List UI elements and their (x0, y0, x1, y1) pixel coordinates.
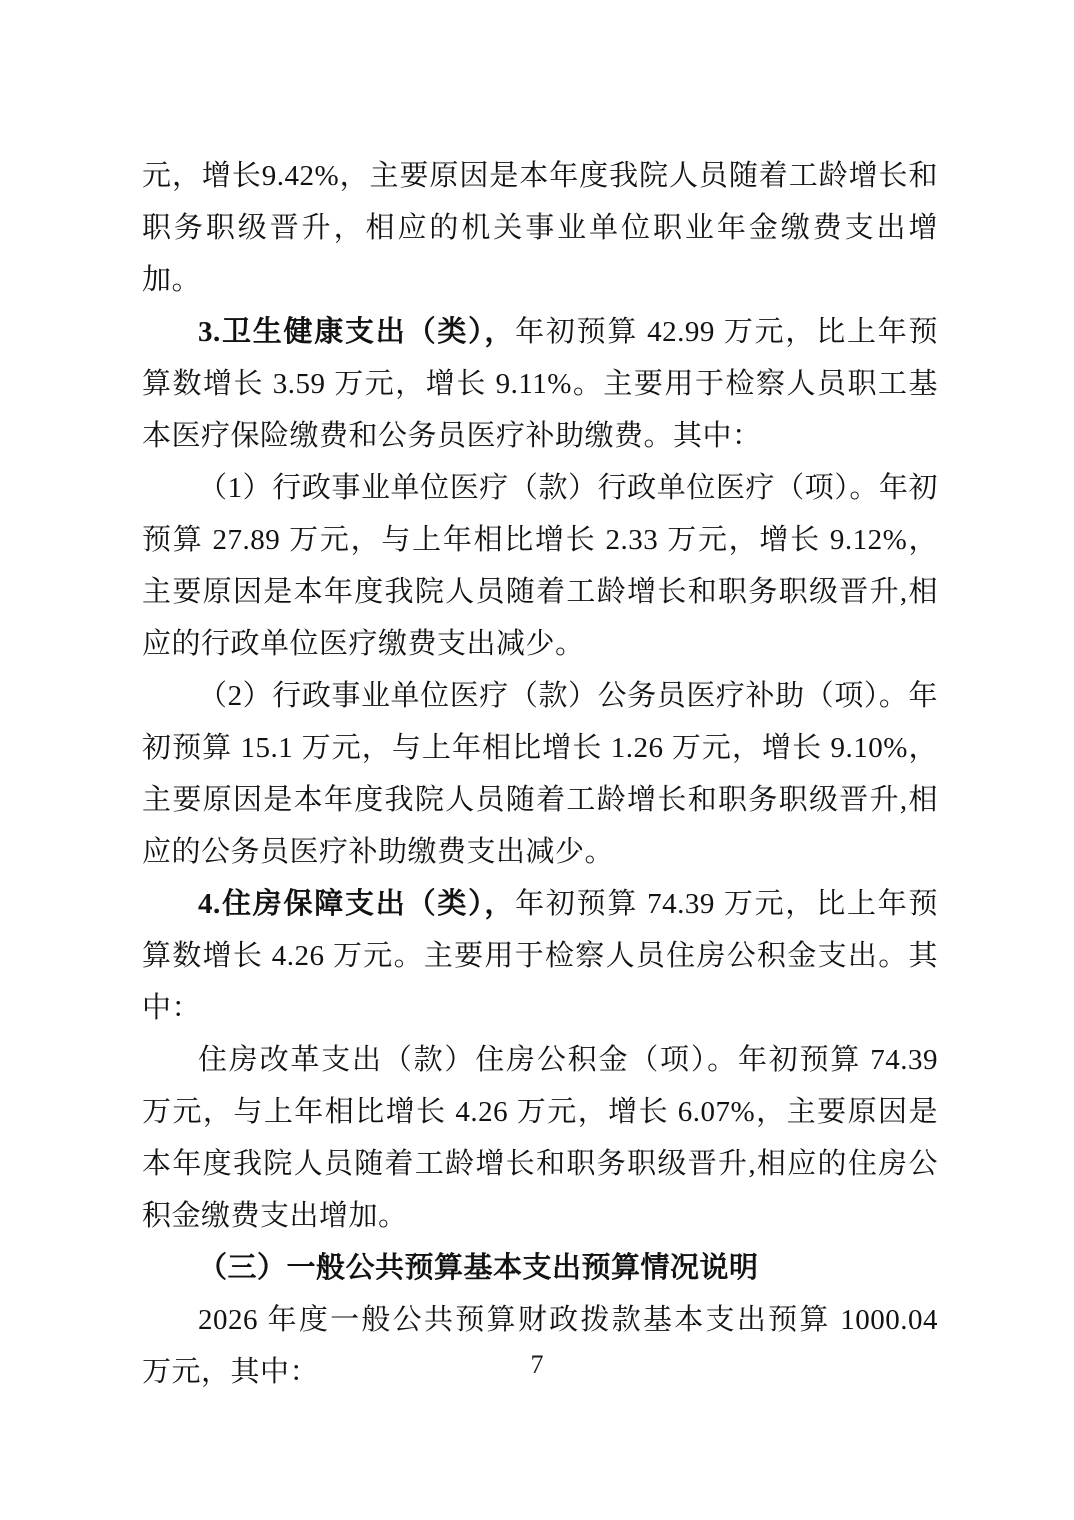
paragraph-text: （2）行政事业单位医疗（款）公务员医疗补助（项）。年初预算 15.1 万元，与上… (142, 680, 938, 868)
paragraph-item-4-housing-fund: 住房改革支出（款）住房公积金（项）。年初预算 74.39 万元，与上年相比增长 … (142, 1034, 938, 1242)
paragraph-item-4-housing: 4.住房保障支出（类），年初预算 74.39 万元，比上年预算数增长 4.26 … (142, 878, 938, 1034)
paragraph-text: 住房改革支出（款）住房公积金（项）。年初预算 74.39 万元，与上年相比增长 … (142, 1044, 938, 1232)
paragraph-text: 元，增长9.42%，主要原因是本年度我院人员随着工龄增长和职务职级晋升，相应的机… (142, 160, 938, 296)
paragraph-continuation-pension: 元，增长9.42%，主要原因是本年度我院人员随着工龄增长和职务职级晋升，相应的机… (142, 150, 938, 306)
paragraph-item-3-1-admin-medical: （1）行政事业单位医疗（款）行政单位医疗（项）。年初预算 27.89 万元，与上… (142, 462, 938, 670)
paragraph-item-3-2-civil-medical-subsidy: （2）行政事业单位医疗（款）公务员医疗补助（项）。年初预算 15.1 万元，与上… (142, 670, 938, 878)
section-heading-3: （三）一般公共预算基本支出预算情况说明 (142, 1242, 938, 1294)
paragraph-lead-bold: 3.卫生健康支出（类）， (198, 316, 515, 348)
section-heading-text: （三）一般公共预算基本支出预算情况说明 (198, 1252, 759, 1284)
document-content: 元，增长9.42%，主要原因是本年度我院人员随着工龄增长和职务职级晋升，相应的机… (142, 150, 938, 1398)
document-page: 元，增长9.42%，主要原因是本年度我院人员随着工龄增长和职务职级晋升，相应的机… (0, 0, 1074, 1520)
paragraph-text: （1）行政事业单位医疗（款）行政单位医疗（项）。年初预算 27.89 万元，与上… (142, 472, 938, 660)
paragraph-lead-bold: 4.住房保障支出（类）， (198, 888, 515, 920)
page-number: 7 (0, 1348, 1074, 1382)
paragraph-basic-expenditure-summary: 2026 年度一般公共预算财政拨款基本支出预算 1000.04 万元，其中： (142, 1294, 938, 1398)
paragraph-item-3-health: 3.卫生健康支出（类），年初预算 42.99 万元，比上年预算数增长 3.59 … (142, 306, 938, 462)
